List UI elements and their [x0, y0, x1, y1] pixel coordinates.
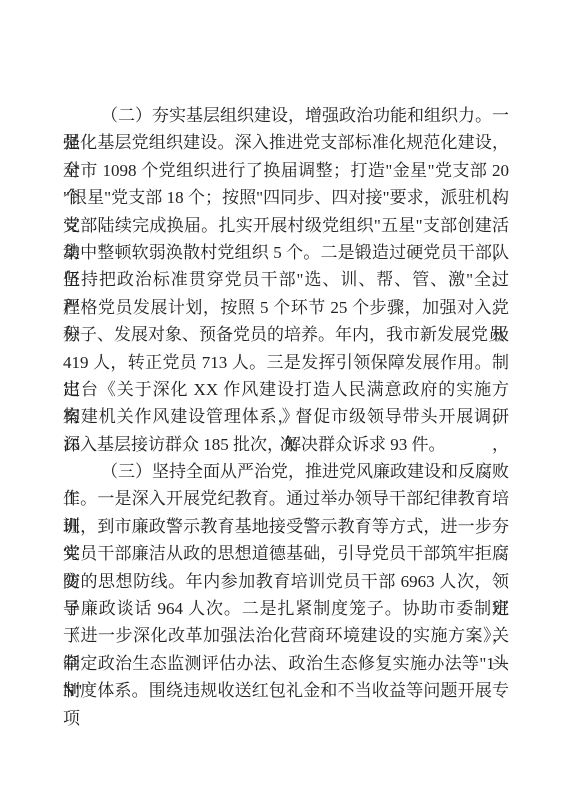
- text-line: 出台《关于深化 XX 作风建设打造人民满意政府的实施方案》，: [63, 376, 509, 403]
- document-body: （二）夯实基层组织建设，增强政治功能和组织力。一是强化基层党组织建设。深入推进党…: [63, 102, 509, 705]
- text-line: 深入基层接访群众 185 批次，解决群众诉求 93 件。: [63, 431, 509, 458]
- text-line: 构建机关作风建设管理体系，督促市级领导带头开展调研 15 次，: [63, 403, 509, 430]
- text-line: 班，到市廉政警示教育基地接受警示教育等方式，进一步夯实: [63, 513, 509, 540]
- paragraph-section-2: （二）夯实基层组织建设，增强政治功能和组织力。一是强化基层党组织建设。深入推进党…: [63, 102, 509, 458]
- text-line: "银星"党支部 18 个；按照"四同步、四对接"要求，派驻机构党: [63, 184, 509, 211]
- text-line: 强化基层党组织建设。深入推进党支部标准化规范化建设，对: [63, 129, 509, 156]
- text-line: 制定政治生态监测评估办法、政治生态修复实施办法等"1 + N": [63, 650, 509, 677]
- text-line: 分子、发展对象、预备党员的培养。年内，我市新发展党员: [63, 321, 509, 348]
- text-line: 变的思想防线。年内参加教育培训党员干部 6963 人次，领导班: [63, 568, 509, 595]
- text-line: 党员干部廉洁从政的思想道德基础，引导党员干部筑牢拒腐防: [63, 540, 509, 567]
- text-line: 坚持把政治标准贯穿党员干部"选、训、帮、管、激"全过程。: [63, 266, 509, 293]
- text-line: （三）坚持全面从严治党，推进党风廉政建设和反腐败工: [63, 458, 509, 485]
- text-line: 支部陆续完成换届。扎实开展村级党组织"五星"支部创建活动，: [63, 212, 509, 239]
- text-line: 制度体系。围绕违规收送红包礼金和不当收益等问题开展专项: [63, 677, 509, 704]
- text-line: 集中整顿软弱涣散村党组织 5 个。二是锻造过硬党员干部队伍。: [63, 239, 509, 266]
- text-line: 419 人，转正党员 713 人。三是发挥引领保障发展作用。制定: [63, 349, 509, 376]
- text-line: 严格党员发展计划，按照 5 个环节 25 个步骤，加强对入党积极: [63, 294, 509, 321]
- text-line: 全市 1098 个党组织进行了换届调整；打造"金星"党支部 20 个、: [63, 157, 509, 184]
- text-line: 子廉政谈话 964 人次。二是扎紧制度笼子。协助市委制定《关: [63, 595, 509, 622]
- text-line: （二）夯实基层组织建设，增强政治功能和组织力。一是: [63, 102, 509, 129]
- document-page: （二）夯实基层组织建设，增强政治功能和组织力。一是强化基层党组织建设。深入推进党…: [0, 0, 570, 807]
- text-line: 作。一是深入开展党纪教育。通过举办领导干部纪律教育培训: [63, 485, 509, 512]
- text-line: 于进一步深化改革加强法治化营商环境建设的实施方案》，牵头: [63, 622, 509, 649]
- paragraph-section-3: （三）坚持全面从严治党，推进党风廉政建设和反腐败工作。一是深入开展党纪教育。通过…: [63, 458, 509, 705]
